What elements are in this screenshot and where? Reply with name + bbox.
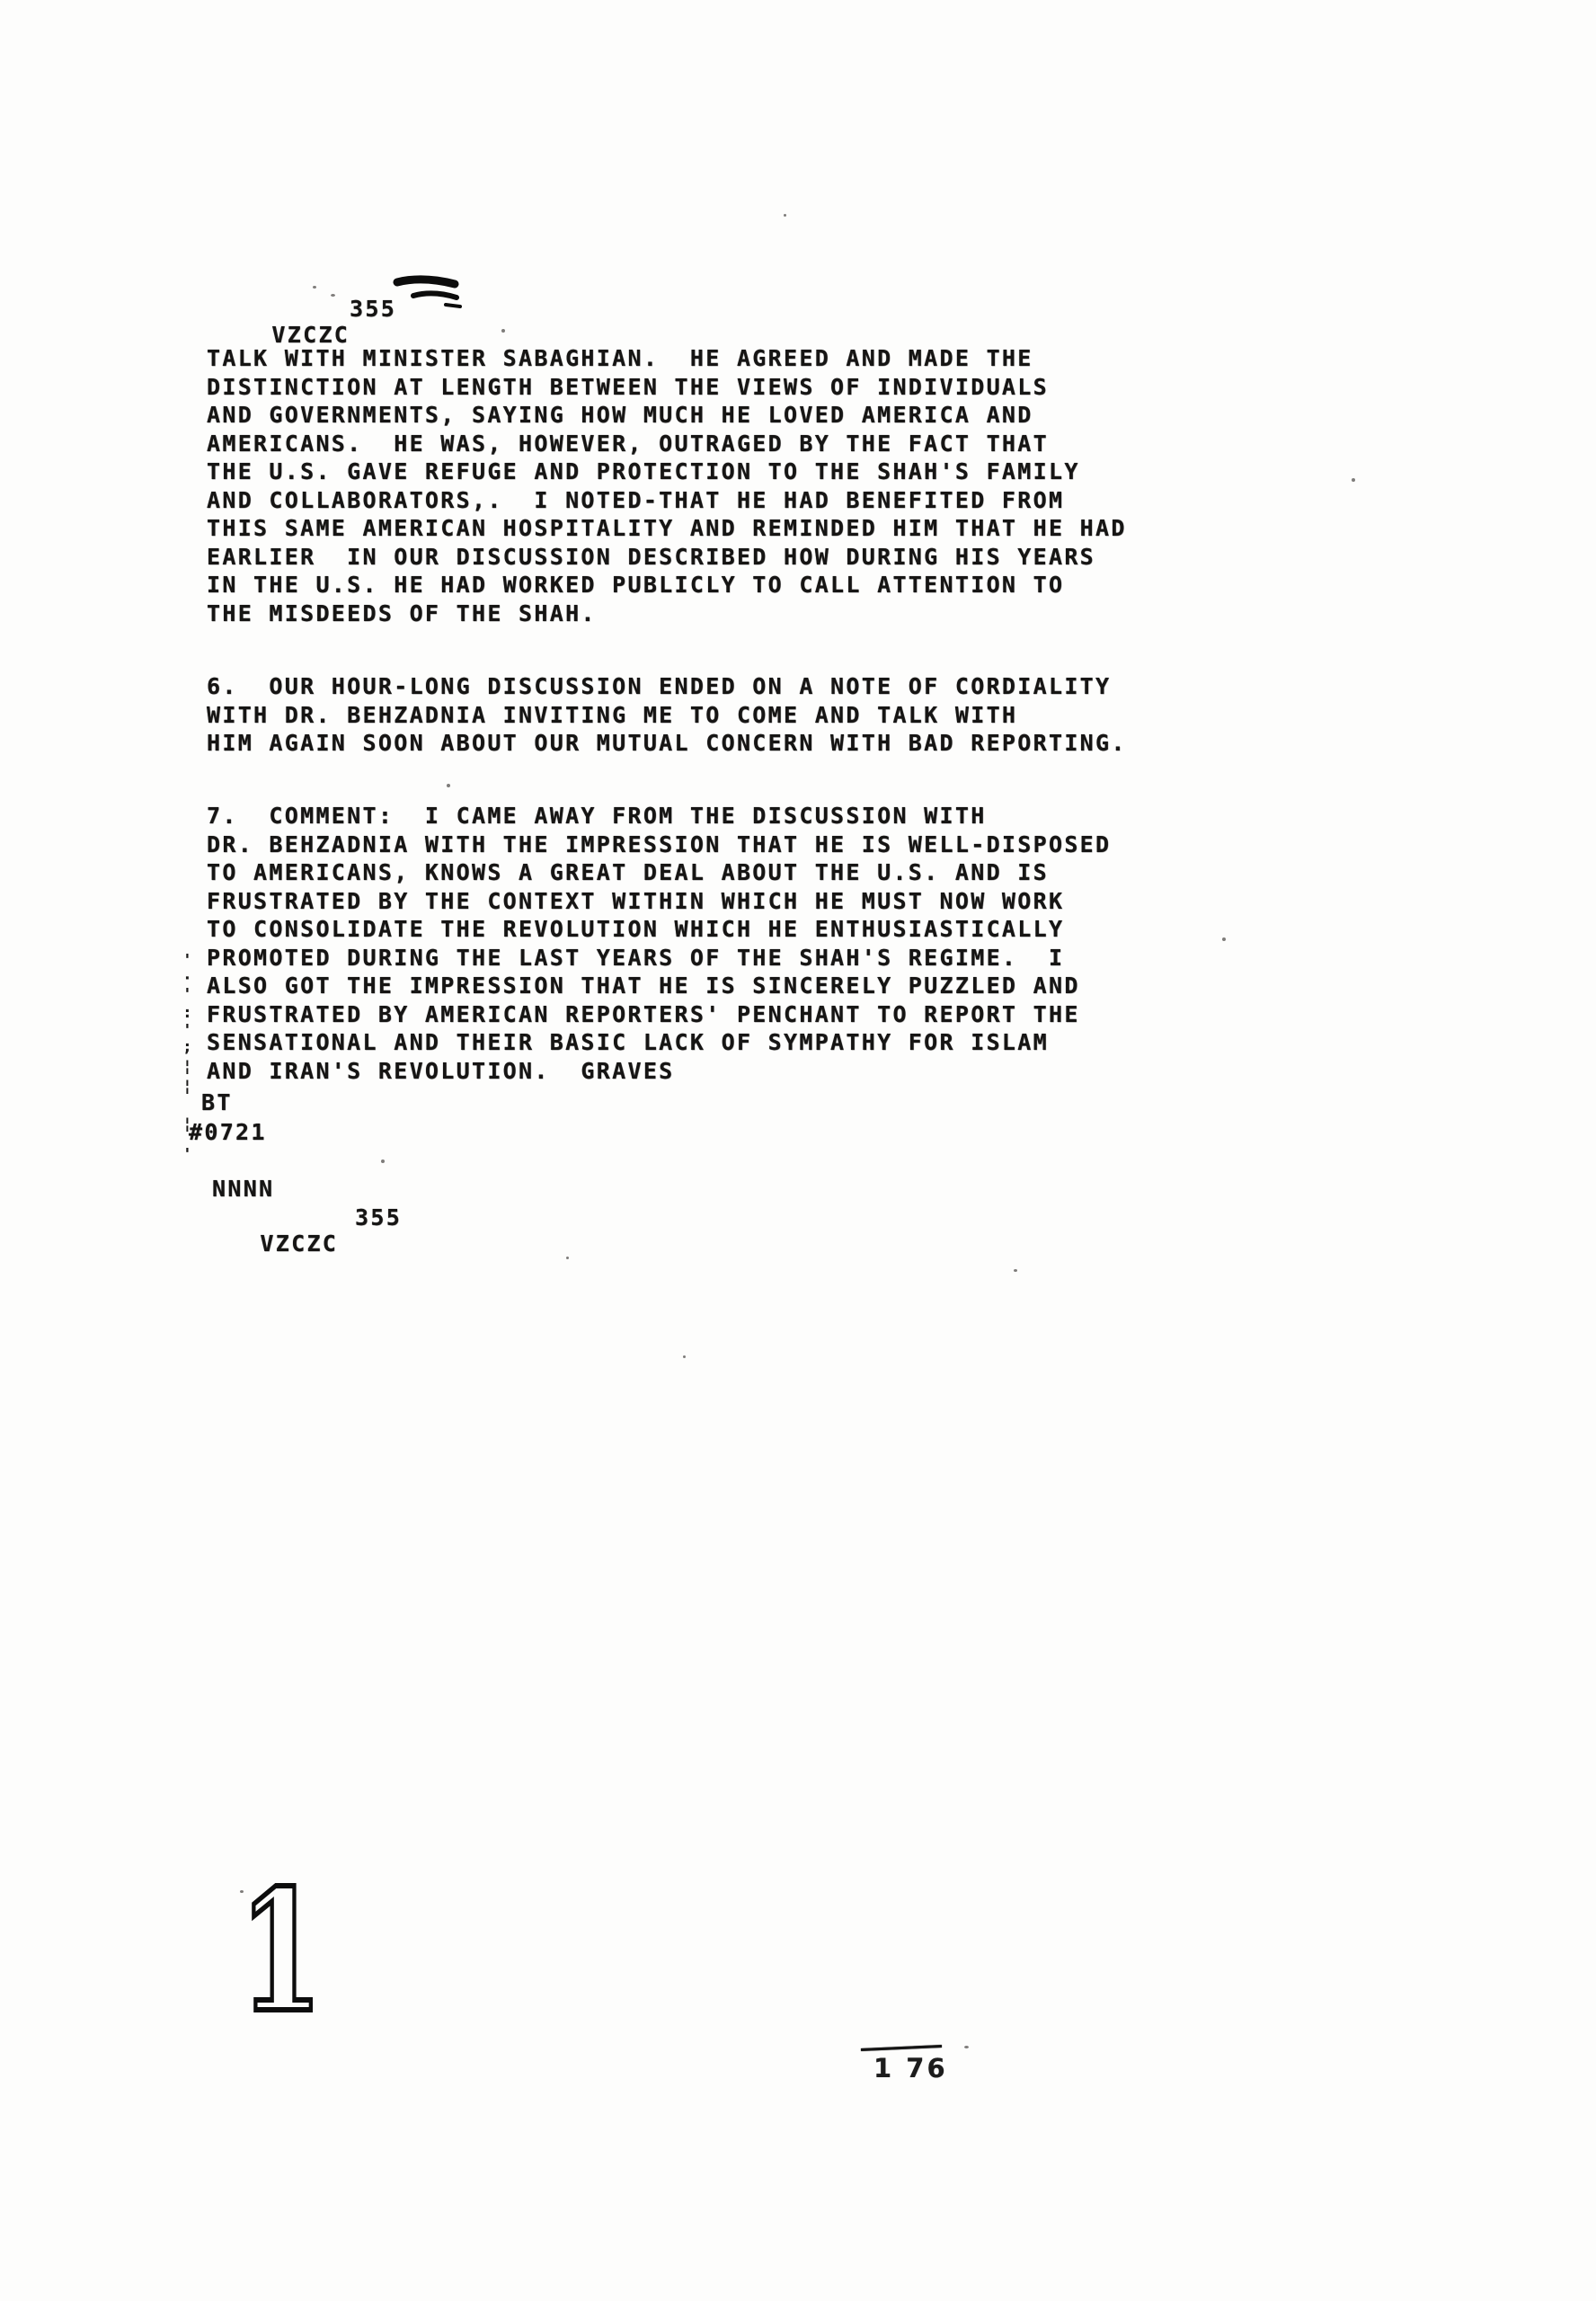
noise-speck	[964, 2046, 969, 2048]
transmission-number: 355	[350, 296, 396, 322]
margin-artifact: ¦	[182, 1080, 192, 1093]
text-line: WITH DR. BEHZADNIA INVITING ME TO COME A…	[207, 701, 1127, 730]
text-line: 6. OUR HOUR-LONG DISCUSSION ENDED ON A N…	[207, 672, 1127, 701]
margin-artifact: ¦	[182, 1118, 192, 1131]
margin-artifact: ;	[182, 1041, 192, 1053]
text-line: DISTINCTION AT LENGTH BETWEEN THE VIEWS …	[207, 373, 1127, 402]
paragraph-continuation: TALK WITH MINISTER SABAGHIAN. HE AGREED …	[207, 344, 1127, 627]
text-line: FRUSTRATED BY THE CONTEXT WITHIN WHICH H…	[207, 887, 1111, 916]
margin-artifact: ¦	[182, 1061, 192, 1073]
margin-artifact: '	[182, 1025, 192, 1037]
text-line: DR. BEHZADNIA WITH THE IMPRESSION THAT H…	[207, 831, 1111, 859]
text-line: SENSATIONAL AND THEIR BASIC LACK OF SYMP…	[207, 1028, 1111, 1057]
margin-artifact: '	[182, 989, 192, 1001]
text-line: AND IRAN'S REVOLUTION. GRAVES	[207, 1057, 1111, 1086]
text-line: THE MISDEEDS OF THE SHAH.	[207, 600, 1127, 628]
margin-artifact: '	[182, 1149, 192, 1161]
noise-speck	[447, 784, 450, 787]
noise-speck	[1352, 478, 1355, 482]
message-serial-number: #0721	[189, 1119, 267, 1145]
text-line: ALSO GOT THE IMPRESSION THAT HE IS SINCE…	[207, 972, 1111, 1000]
text-line: EARLIER IN OUR DISCUSSION DESCRIBED HOW …	[207, 543, 1127, 572]
noise-speck	[240, 1890, 244, 1893]
noise-speck	[784, 214, 786, 217]
text-line: THIS SAME AMERICAN HOSPITALITY AND REMIN…	[207, 514, 1127, 543]
text-line: TALK WITH MINISTER SABAGHIAN. HE AGREED …	[207, 344, 1127, 373]
noise-speck	[501, 329, 505, 333]
page-number: 1 76	[873, 2053, 948, 2083]
text-line: HIM AGAIN SOON ABOUT OUR MUTUAL CONCERN …	[207, 729, 1127, 758]
transmission-footer-code: VZCZC	[260, 1230, 338, 1257]
noise-speck	[1014, 1269, 1017, 1272]
paragraph-7: 7. COMMENT: I CAME AWAY FROM THE DISCUSS…	[207, 802, 1111, 1085]
noise-speck	[683, 1355, 686, 1358]
noise-speck	[1222, 937, 1226, 941]
text-line: PROMOTED DURING THE LAST YEARS OF THE SH…	[207, 944, 1111, 973]
paragraph-6: 6. OUR HOUR-LONG DISCUSSION ENDED ON A N…	[207, 672, 1127, 758]
signoff-bt: BT	[201, 1089, 233, 1115]
noise-speck	[313, 286, 316, 289]
text-line: AND GOVERNMENTS, SAYING HOW MUCH HE LOVE…	[207, 401, 1127, 430]
text-line: TO CONSOLIDATE THE REVOLUTION WHICH HE E…	[207, 915, 1111, 944]
text-line: IN THE U.S. HE HAD WORKED PUBLICLY TO CA…	[207, 571, 1127, 600]
page-stamp-numeral: 1	[239, 1868, 323, 2035]
text-line: TO AMERICANS, KNOWS A GREAT DEAL ABOUT T…	[207, 858, 1111, 887]
text-line: 7. COMMENT: I CAME AWAY FROM THE DISCUSS…	[207, 802, 1111, 831]
text-line: AND COLLABORATORS,. I NOTED-THAT HE HAD …	[207, 486, 1127, 515]
scanned-cable-page: VZCZC 355 TALK WITH MINISTER SABAGHIAN. …	[0, 0, 1596, 2301]
noise-speck	[566, 1257, 569, 1259]
text-line: FRUSTRATED BY AMERICAN REPORTERS' PENCHA…	[207, 1000, 1111, 1029]
margin-artifact: '	[182, 955, 192, 967]
margin-artifact: ·	[182, 973, 192, 985]
terminator-nnnn: NNNN	[212, 1176, 274, 1202]
margin-artifact: :	[182, 1007, 192, 1019]
page-number-overline	[861, 2045, 942, 2051]
pen-scribble-mark	[392, 272, 469, 312]
noise-speck	[381, 1159, 385, 1163]
noise-speck	[331, 294, 335, 297]
text-line: THE U.S. GAVE REFUGE AND PROTECTION TO T…	[207, 458, 1127, 486]
transmission-footer: VZCZC 355	[198, 1204, 338, 1309]
text-line: AMERICANS. HE WAS, HOWEVER, OUTRAGED BY …	[207, 430, 1127, 458]
transmission-footer-number: 355	[355, 1204, 402, 1230]
